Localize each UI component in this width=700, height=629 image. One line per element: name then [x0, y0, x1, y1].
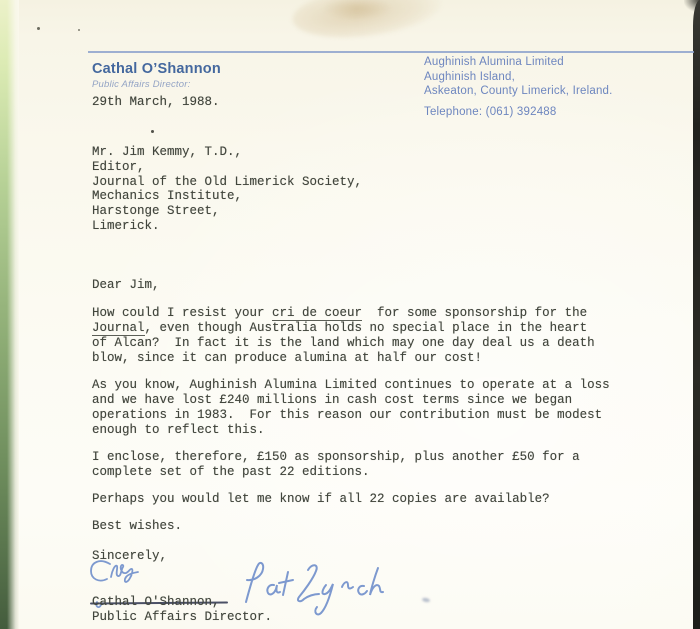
recipient-block: Mr. Jim Kemmy, T.D., Editor, Journal of … [92, 145, 362, 234]
typed-signature-title: Public Affairs Director. [92, 610, 272, 624]
text-segment: enough to reflect this. [92, 423, 265, 437]
paragraph: As you know, Aughinish Alumina Limited c… [92, 378, 610, 438]
body-line: Best wishes. [92, 519, 610, 534]
text-segment: As you know, Aughinish Alumina Limited c… [92, 378, 610, 392]
ink-smudge [422, 597, 431, 603]
paper-speck [78, 29, 80, 31]
typed-signature-name: Cathal O'Shannon, [92, 595, 220, 609]
text-segment: How could I resist your [92, 306, 272, 320]
text-segment: and we have lost £240 millions in cash c… [92, 393, 572, 407]
body-line: I enclose, therefore, £150 as sponsorshi… [92, 450, 610, 465]
body-line: operations in 1983. For this reason our … [92, 408, 610, 423]
text-segment: blow, since it can produce alumina at ha… [92, 351, 482, 365]
body-line: and we have lost £240 millions in cash c… [92, 393, 610, 408]
recipient-line: Mechanics Institute, [92, 189, 362, 204]
text-segment: for some sponsorship for the [362, 306, 587, 320]
text-segment: of Alcan? In fact it is the land which m… [92, 336, 595, 350]
company-address-line: Askeaton, County Limerick, Ireland. [424, 84, 613, 99]
scan-edge-left [0, 0, 19, 629]
body-line: enough to reflect this. [92, 423, 610, 438]
company-address-block: Aughinish Alumina Limited Aughinish Isla… [424, 55, 613, 119]
letter-body: How could I resist your cri de coeur for… [92, 306, 610, 564]
letterhead-rule [88, 51, 694, 53]
recipient-line: Editor, [92, 160, 362, 175]
paper-speck [151, 130, 154, 133]
body-line: As you know, Aughinish Alumina Limited c… [92, 378, 610, 393]
paragraph: How could I resist your cri de coeur for… [92, 306, 610, 366]
sender-title: Public Affairs Director: [92, 79, 190, 90]
body-line: complete set of the past 22 editions. [92, 465, 610, 480]
text-segment: Best wishes. [92, 519, 182, 533]
company-telephone: Telephone: (061) 392488 [424, 105, 613, 120]
text-segment: Perhaps you would let me know if all 22 … [92, 492, 550, 506]
recipient-line: Harstonge Street, [92, 204, 362, 219]
scan-edge-right [693, 0, 700, 629]
body-line: of Alcan? In fact it is the land which m… [92, 336, 610, 351]
underlined-text: Journal [92, 321, 145, 336]
recipient-line: Mr. Jim Kemmy, T.D., [92, 145, 362, 160]
text-segment: operations in 1983. For this reason our … [92, 408, 602, 422]
signature-pat-lynch [236, 558, 414, 618]
body-line: Perhaps you would let me know if all 22 … [92, 492, 610, 507]
body-line: blow, since it can produce alumina at ha… [92, 351, 610, 366]
recipient-line: Limerick. [92, 219, 362, 234]
sender-name: Cathal O’Shannon [92, 61, 221, 77]
scanned-letter-page: Cathal O’Shannon Public Affairs Director… [0, 0, 700, 629]
recipient-line: Journal of the Old Limerick Society, [92, 175, 362, 190]
company-address-line: Aughinish Island, [424, 70, 613, 85]
paragraph: Best wishes. [92, 519, 610, 534]
text-segment: complete set of the past 22 editions. [92, 465, 370, 479]
body-line: How could I resist your cri de coeur for… [92, 306, 610, 321]
underlined-text: cri de coeur [272, 306, 362, 321]
salutation: Dear Jim, [92, 278, 160, 292]
letter-date: 29th March, 1988. [92, 95, 220, 109]
text-segment: , even though Australia holds no special… [145, 321, 588, 335]
text-segment: I enclose, therefore, £150 as sponsorshi… [92, 450, 580, 464]
paragraph: I enclose, therefore, £150 as sponsorshi… [92, 450, 610, 480]
paper-speck [37, 27, 40, 30]
paragraph: Perhaps you would let me know if all 22 … [92, 492, 610, 507]
company-name: Aughinish Alumina Limited [424, 55, 613, 70]
body-line: Journal, even though Australia holds no … [92, 321, 610, 336]
